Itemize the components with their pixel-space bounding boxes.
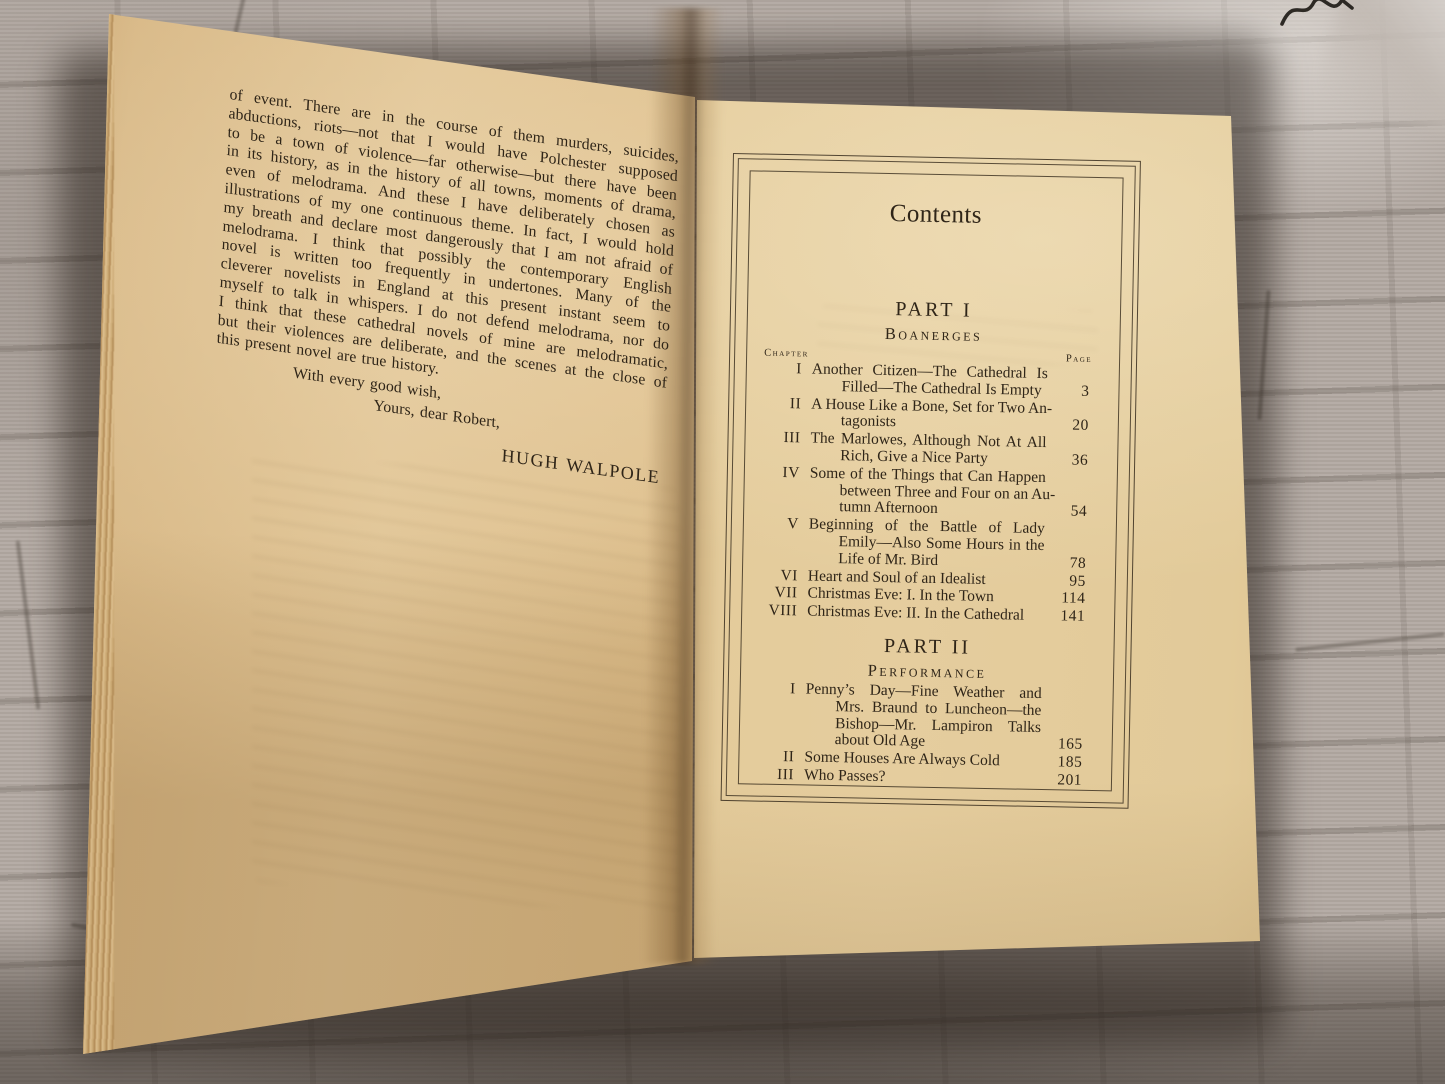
chapter-title-line: Beginning of the Battle of Lady — [809, 517, 1045, 538]
contents-title: Contents — [767, 198, 1105, 232]
chapter-numeral: VI — [760, 567, 798, 585]
toc-entry: IV Some of the Things that Can Happen be… — [761, 464, 1100, 521]
chapter-title-line: Christmas Eve: I. In the Town — [807, 586, 1043, 607]
part2-label: PART II — [758, 633, 1096, 662]
toc-entry: II A House Like a Bone, Set for Two An- … — [763, 395, 1102, 435]
toc-entry: VIII Christmas Eve: II. In the Cathedral… — [759, 603, 1097, 626]
chapter-page-number: 201 — [1050, 772, 1094, 790]
part2-heading: Performance — [758, 659, 1096, 685]
chapter-title: The Marlowes, Although Not At All Rich, … — [810, 431, 1047, 469]
chapter-title-line: Bishop—Mr. Lampiron Talks — [805, 715, 1041, 736]
chapter-title: Christmas Eve: II. In the Cathedral — [807, 604, 1043, 625]
chapter-title: Some of the Things that Can Happen betwe… — [809, 465, 1046, 520]
chapter-page-number: 20 — [1057, 418, 1101, 436]
book-photo: of event. There are in the course of the… — [0, 0, 1445, 1084]
chapter-column-label: Chapter — [764, 348, 809, 360]
toc-entry: III The Marlowes, Although Not At All Ri… — [762, 430, 1101, 470]
chapter-page-number: 95 — [1054, 573, 1098, 591]
chapter-page-number: 54 — [1055, 504, 1099, 522]
toc-entry: I Penny’s Day—Fine Weather and Mrs. Brau… — [757, 681, 1096, 755]
chapter-numeral: II — [763, 395, 802, 429]
part2-section: PART II Performance I Penny’s Day—Fine W… — [756, 633, 1097, 790]
chapter-list-part1: I Another Citizen—The Cathedral Is Fille… — [759, 361, 1102, 626]
chapter-numeral: III — [762, 430, 801, 464]
contents-page: Contents PART I Boanerges Chapter Page I — [756, 172, 1106, 790]
page-column-label: Page — [1066, 353, 1092, 365]
chapter-page-number: 78 — [1054, 555, 1098, 573]
part1-heading: Boanerges — [764, 322, 1102, 348]
chapter-list-part2: I Penny’s Day—Fine Weather and Mrs. Brau… — [756, 681, 1096, 790]
chapter-title: Christmas Eve: I. In the Town — [807, 586, 1043, 607]
chapter-title-line: about Old Age — [805, 732, 1041, 753]
ghost-text-bleedthrough — [252, 451, 680, 918]
toc-entry: VI Heart and Soul of an Idealist 95 — [760, 567, 1098, 590]
toc-column-headers: Chapter Page — [764, 348, 1102, 365]
chapter-title-line: A House Like a Bone, Set for Two An- — [811, 396, 1047, 417]
chapter-page-number: 3 — [1057, 383, 1101, 401]
chapter-page-number: 165 — [1051, 737, 1095, 755]
toc-entry: VII Christmas Eve: I. In the Town 114 — [759, 585, 1097, 608]
contents-border-box: Contents PART I Boanerges Chapter Page I — [721, 153, 1141, 809]
black-squiggle-mark — [1278, 0, 1356, 34]
chapter-numeral: VII — [759, 585, 797, 603]
chapter-numeral: V — [760, 516, 799, 567]
chapter-title-line: Some Houses Are Always Cold — [804, 750, 1040, 771]
chapter-numeral: VIII — [759, 603, 797, 621]
chapter-title-line: Life of Mr. Bird — [808, 550, 1044, 571]
chapter-title-line: Some of the Things that Can Happen — [810, 465, 1046, 486]
chapter-title: Some Houses Are Always Cold — [804, 750, 1040, 771]
toc-entry: I Another Citizen—The Cathedral Is Fille… — [763, 361, 1102, 401]
chapter-title-line: tagonists — [811, 413, 1047, 434]
chapter-title: Heart and Soul of an Idealist — [808, 568, 1044, 589]
chapter-title: Beginning of the Battle of Lady Emily—Al… — [808, 517, 1045, 572]
chapter-numeral: I — [757, 681, 796, 749]
chapter-title-line: Rich, Give a Nice Party — [810, 448, 1046, 469]
wall-crack — [16, 540, 41, 709]
chapter-title: Who Passes? — [804, 767, 1040, 788]
ghost-text-bleedthrough — [817, 305, 1098, 366]
chapter-title-line: Emily—Also Some Hours in the — [808, 533, 1044, 554]
chapter-numeral: IV — [761, 464, 800, 515]
chapter-title-line: Filled—The Cathedral Is Empty — [811, 378, 1047, 399]
chapter-page-number: 141 — [1053, 608, 1097, 626]
wall-crack — [1295, 632, 1445, 652]
chapter-title-line: tumn Afternoon — [809, 499, 1045, 520]
toc-entry: V Beginning of the Battle of Lady Emily—… — [760, 516, 1099, 573]
chapter-numeral: III — [756, 766, 794, 784]
chapter-numeral: I — [763, 361, 802, 395]
chapter-title: A House Like a Bone, Set for Two An- tag… — [811, 396, 1048, 434]
part1-label: PART I — [765, 296, 1103, 325]
chapter-title-line: The Marlowes, Although Not At All — [810, 431, 1046, 452]
toc-entry: III Who Passes? 201 — [756, 766, 1094, 789]
chapter-page-number: 114 — [1053, 591, 1097, 609]
chapter-title: Penny’s Day—Fine Weather and Mrs. Braund… — [805, 681, 1042, 753]
chapter-title-line: Christmas Eve: II. In the Cathedral — [807, 604, 1043, 625]
chapter-numeral: II — [756, 749, 794, 767]
chapter-page-number: 185 — [1050, 754, 1094, 772]
chapter-title-line: Mrs. Braund to Luncheon—the — [805, 698, 1041, 719]
chapter-title: Another Citizen—The Cathedral Is Filled—… — [811, 362, 1048, 400]
toc-entry: II Some Houses Are Always Cold 185 — [756, 749, 1094, 772]
chapter-page-number: 36 — [1056, 452, 1100, 470]
chapter-title-line: Penny’s Day—Fine Weather and — [806, 681, 1042, 702]
letter-text-block: of event. There are in the course of the… — [212, 86, 679, 487]
chapter-title-line: between Three and Four on an Au- — [809, 482, 1045, 503]
chapter-title-line: Who Passes? — [804, 767, 1040, 788]
part1-section: PART I Boanerges Chapter Page I A — [759, 296, 1103, 626]
chapter-title-line: Another Citizen—The Cathedral Is — [812, 362, 1048, 383]
chapter-title-line: Heart and Soul of an Idealist — [808, 568, 1044, 589]
